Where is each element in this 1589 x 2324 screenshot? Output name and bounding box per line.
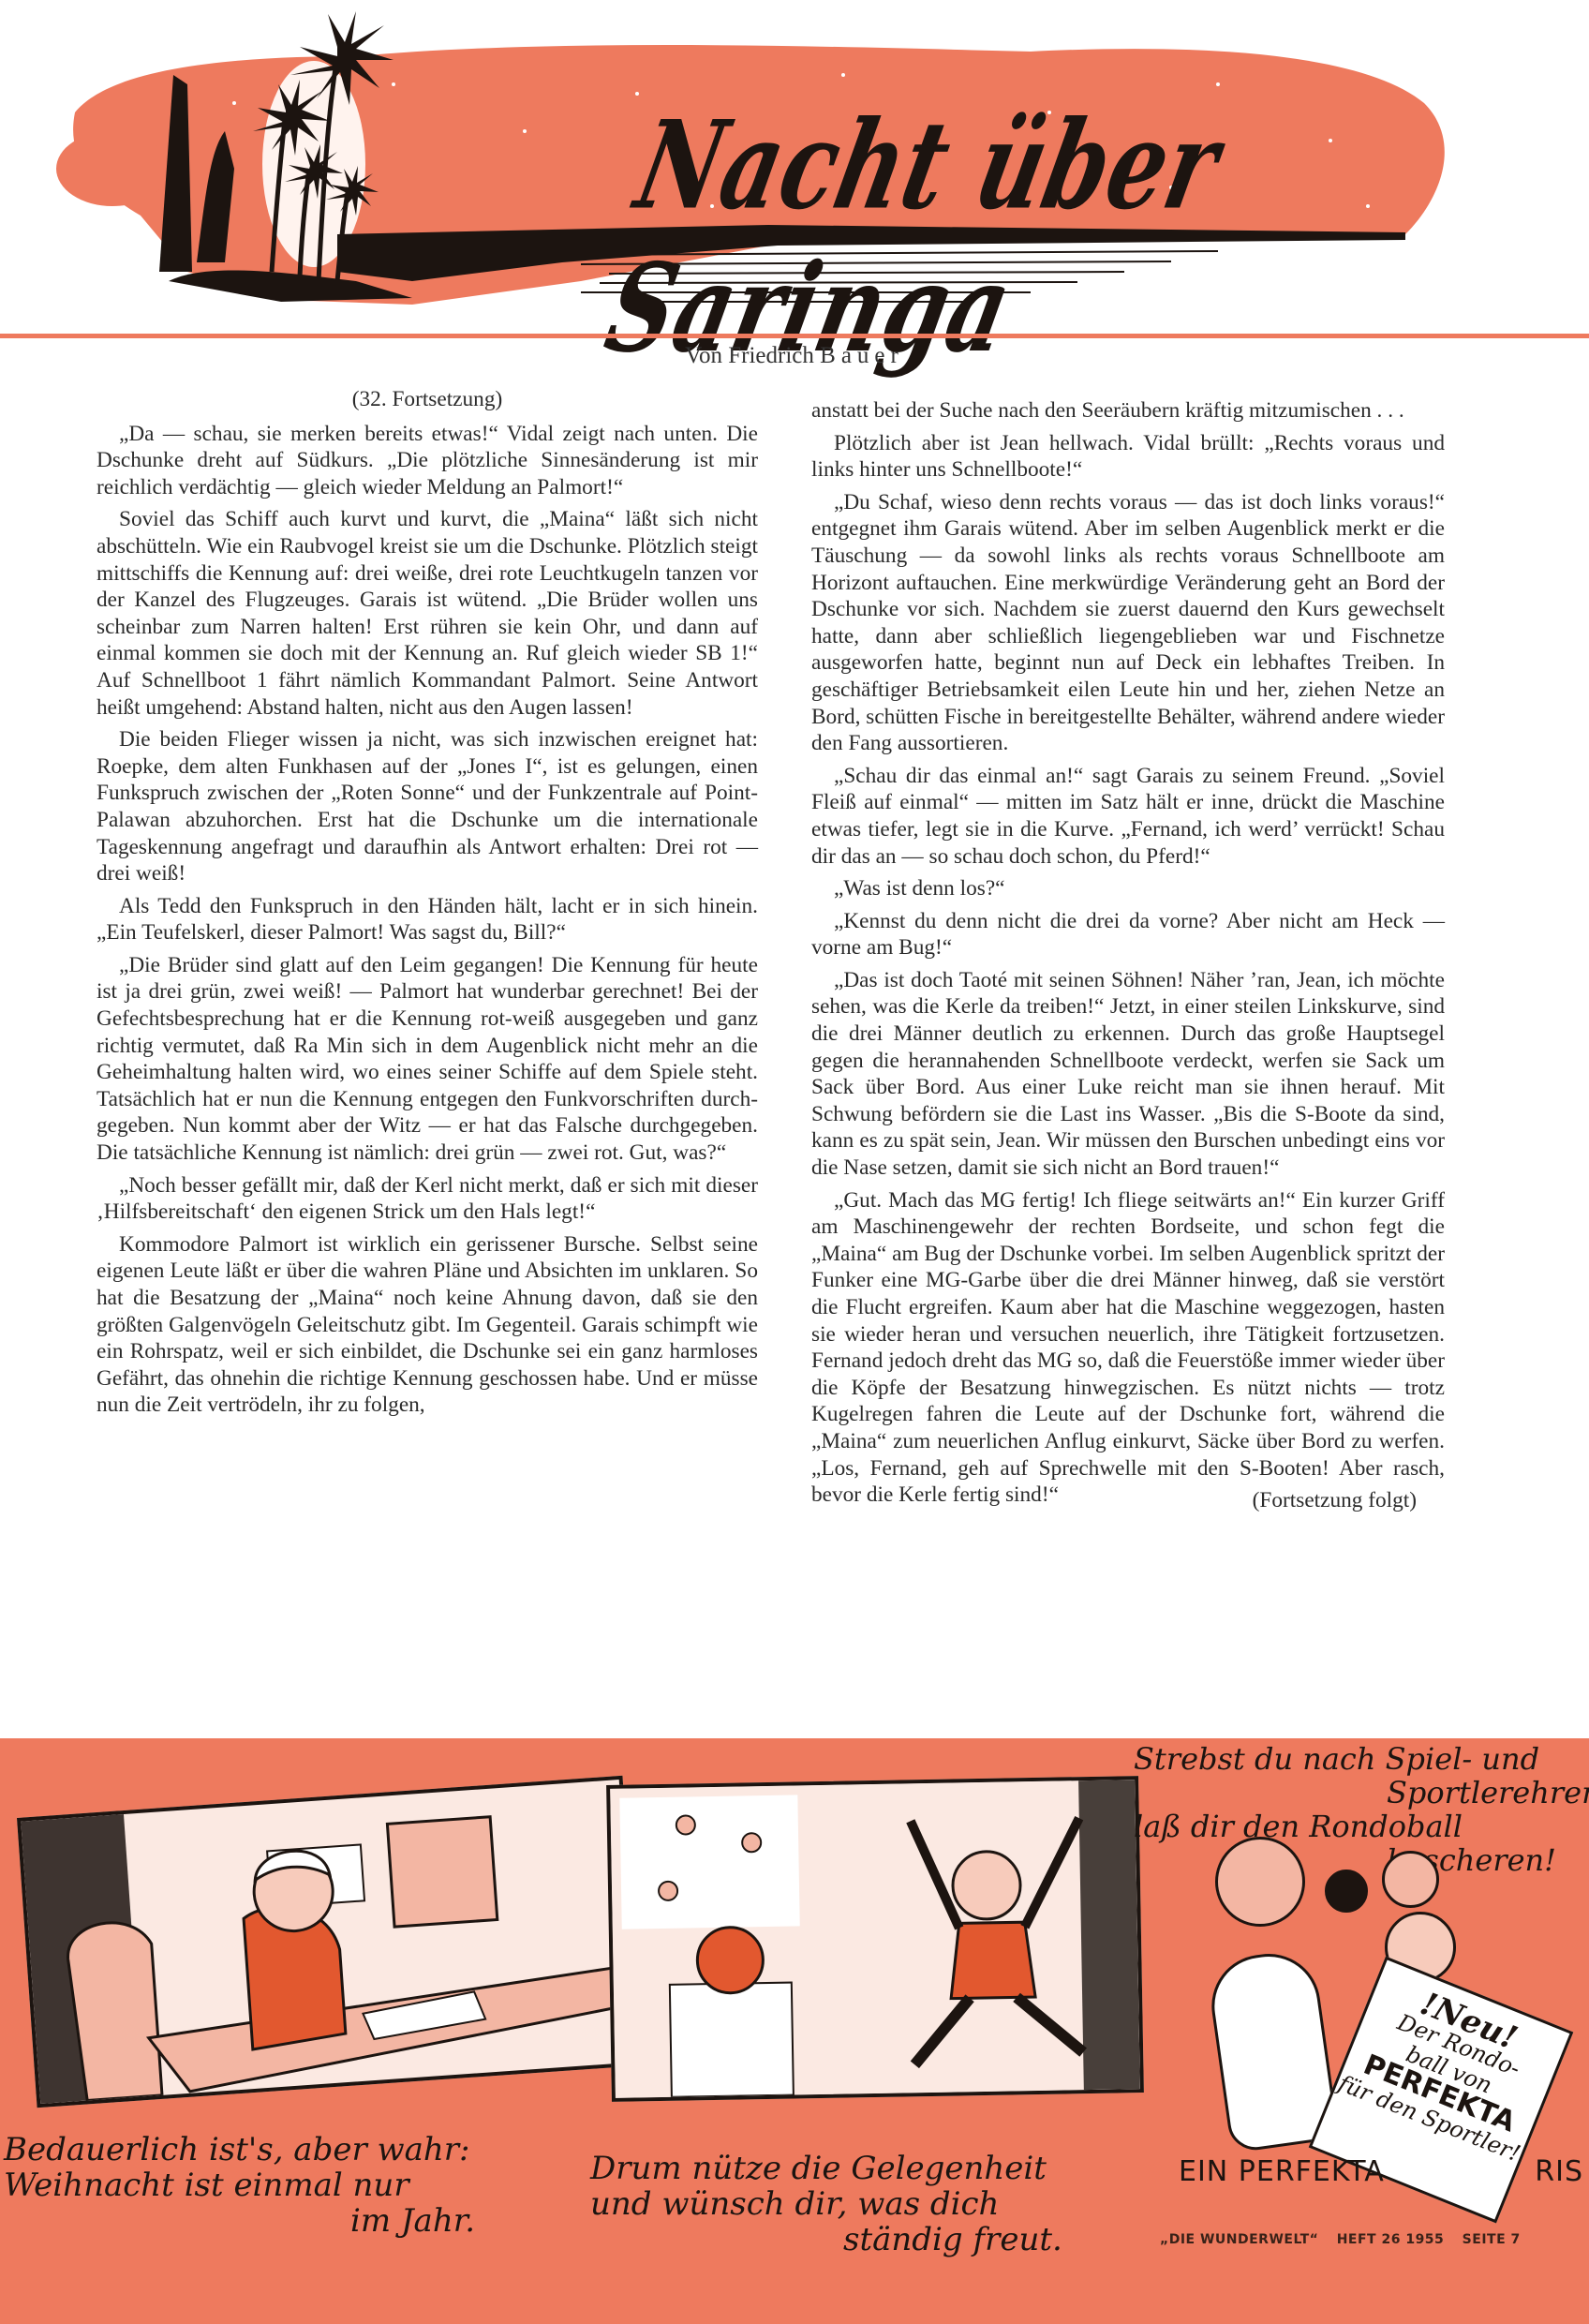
clown-ball-icon: [1382, 1851, 1439, 1908]
comic-panel-boy-writing: [17, 1776, 643, 2108]
article-column-right: anstatt bei der Suche nach den Seeräuber…: [811, 397, 1445, 1514]
paragraph: Kommodore Palmort ist wirklich ein geris…: [97, 1231, 758, 1419]
comic-panel-boy-cheering: [606, 1776, 1144, 2102]
article-column-left: (32. Fortsetzung) „Da — schau, sie merke…: [97, 386, 758, 1424]
slogan-line: bescheren!: [1134, 1843, 1583, 1877]
caption-line: im Jahr.: [4, 2203, 566, 2239]
paragraph: „Noch besser gefällt mir, daß der Kerl n…: [97, 1172, 758, 1226]
ad-slogan: Strebst du nach Spiel- und Sportlerehren…: [1134, 1742, 1583, 1877]
black-ball-icon: [1325, 1870, 1368, 1913]
caption-line: ständig freut.: [590, 2222, 1115, 2257]
slogan-line: laß dir den Rondoball: [1134, 1810, 1583, 1843]
paragraph: „Die Brüder sind glatt auf den Leim gega…: [97, 952, 758, 1167]
slogan-line: Strebst du nach Spiel- und: [1134, 1742, 1583, 1776]
byline: Von Friedrich Bauer: [0, 343, 1589, 369]
page-number: SEITE 7: [1463, 2232, 1521, 2247]
paragraph-continuation: anstatt bei der Suche nach den Seeräuber…: [811, 397, 1445, 425]
slogan-line: Sportlerehren,: [1134, 1776, 1583, 1810]
page-footer: „DIE WUNDERWELT“ HEFT 26 1955 SEITE 7: [1160, 2232, 1534, 2247]
paragraph: „Kennst du denn nicht die drei da vorne?…: [811, 908, 1445, 961]
paragraph: „Gut. Mach das MG fertig! Ich fliege sei…: [811, 1187, 1445, 1509]
paragraph: „Du Schaf, wieso denn rechts voraus — da…: [811, 489, 1445, 757]
caption-line: Bedauerlich ist's, aber wahr:: [4, 2132, 566, 2168]
company-name: EIN PERFEKTA: [1179, 2155, 1385, 2188]
company-line: EIN PERFEKTA RIS: [1179, 2155, 1583, 2188]
caption-left: Bedauerlich ist's, aber wahr: Weihnacht …: [4, 2132, 566, 2239]
caption-line: und wünsch dir, was dich: [590, 2186, 1115, 2222]
rondo-ball-icon: [1215, 1837, 1305, 1927]
byline-prefix: Von Friedrich: [685, 343, 814, 368]
paragraph: Die beiden Flieger wissen ja nicht, was …: [97, 726, 758, 887]
paragraph: Soviel das Schiff auch kurvt und kurvt, …: [97, 506, 758, 721]
paragraph: „Was ist denn los?“: [811, 875, 1445, 902]
company-name-tail: RIS: [1535, 2155, 1583, 2188]
issue-number: HEFT 26 1955: [1337, 2232, 1445, 2247]
paragraph: „Schau dir das einmal an!“ sagt Garais z…: [811, 763, 1445, 870]
caption-middle: Drum nütze die Gelegenheit und wünsch di…: [590, 2151, 1115, 2257]
installment-label: (32. Fortsetzung): [97, 386, 758, 413]
boy-writing-illustration: [21, 1780, 639, 2104]
header-divider: [0, 334, 1589, 338]
author-name: Bauer: [820, 343, 904, 368]
header-illustration: Nacht über Saringa: [0, 0, 1589, 337]
magazine-name: „DIE WUNDERWELT“: [1160, 2232, 1318, 2247]
caption-line: Drum nütze die Gelegenheit: [590, 2151, 1115, 2186]
paragraph: „Das ist doch Taoté mit seinen Söhnen! N…: [811, 967, 1445, 1182]
paragraph: „Da — schau, sie merken bereits etwas!“ …: [97, 421, 758, 501]
paragraph: Als Tedd den Funkspruch in den Händen hä…: [97, 893, 758, 946]
boy-cheering-with-ball-illustration: [610, 1780, 1140, 2098]
advertisement-banner: Bedauerlich ist's, aber wahr: Weihnacht …: [0, 1738, 1589, 2324]
caption-line: Weihnacht ist einmal nur: [4, 2168, 566, 2203]
paragraph: Plötzlich aber ist Jean hellwach. Vidal …: [811, 430, 1445, 484]
